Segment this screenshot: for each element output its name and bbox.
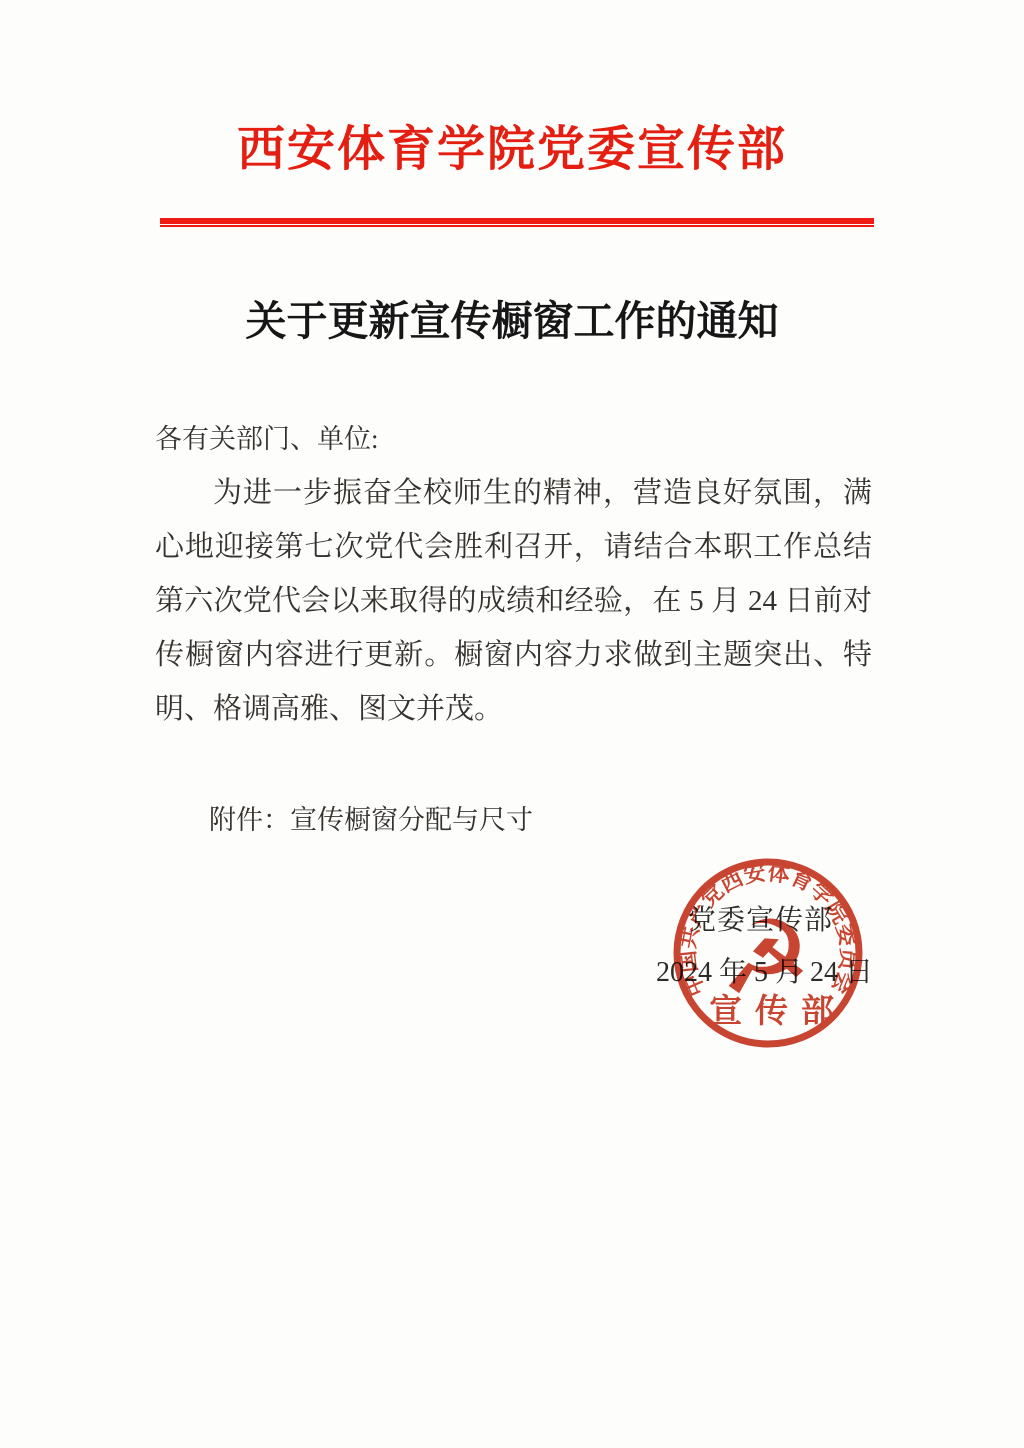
- document-body: 各有关部门、单位: 为进一步振奋全校师生的精神，营造良好氛围，满怀信 心地迎接第…: [155, 412, 872, 736]
- document-title: 关于更新宣传橱窗工作的通知: [0, 288, 1024, 347]
- salutation-line: 各有关部门、单位:: [155, 412, 872, 466]
- red-divider-thick-line: [160, 218, 874, 224]
- red-divider-thin-line: [160, 225, 874, 227]
- red-divider: [160, 218, 874, 227]
- seal-bottom-text: 宣传部: [709, 993, 847, 1030]
- body-line: 传橱窗内容进行更新。橱窗内容力求做到主题突出、特色鲜: [155, 628, 872, 682]
- body-line: 第六次党代会以来取得的成绩和经验，在 5 月 24 日前对宣: [155, 574, 872, 628]
- org-header-title: 西安体育学院党委宣传部: [0, 110, 1024, 179]
- body-line: 心地迎接第七次党代会胜利召开，请结合本职工作总结回顾: [155, 520, 872, 574]
- document-page: 西安体育学院党委宣传部 关于更新宣传橱窗工作的通知 各有关部门、单位: 为进一步…: [0, 0, 1024, 1448]
- attachment-line: 附件：宣传橱窗分配与尺寸: [155, 793, 533, 847]
- body-line: 明、格调高雅、图文并茂。: [155, 682, 872, 736]
- official-seal: 中国共产党西安体育学院委员会 ☭ 宣传部: [668, 853, 868, 1053]
- body-line: 为进一步振奋全校师生的精神，营造良好氛围，满怀信: [155, 466, 872, 520]
